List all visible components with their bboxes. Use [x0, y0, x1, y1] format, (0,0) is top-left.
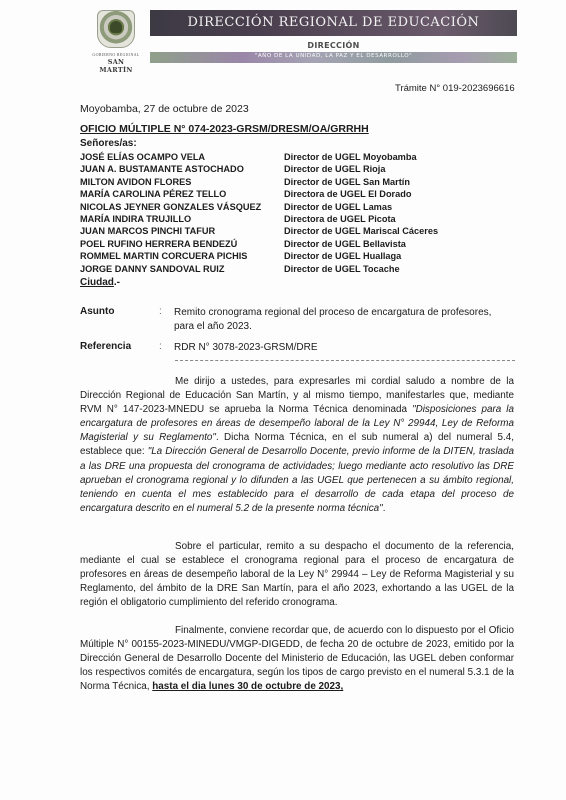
asunto-colon: :: [159, 306, 174, 334]
regional-logo: GOBIERNO REGIONAL SAN MARTÍN: [90, 10, 142, 66]
referencia-row: Referencia : RDR N° 3078-2023-GRSM/DRE: [80, 341, 514, 355]
recipient-name: JUAN MARCOS PINCHI TAFUR: [80, 226, 284, 238]
asunto-row: Asunto : Remito cronograma regional del …: [80, 306, 514, 334]
recipient-role: Director de UGEL Tocache: [284, 264, 400, 276]
regional-emblem-icon: [97, 10, 135, 48]
city-line: Ciudad.-: [80, 277, 120, 288]
recipient-name: JUAN A. BUSTAMANTE ASTOCHADO: [80, 164, 284, 176]
recipient-role: Directora de UGEL Picota: [284, 214, 396, 226]
recipient-row: MARÍA INDIRA TRUJILLODirectora de UGEL P…: [80, 214, 480, 226]
deadline-emphasis: hasta el dia lunes 30 de octubre de 2023…: [152, 681, 343, 692]
document-page: GOBIERNO REGIONAL SAN MARTÍN DIRECCIÓN R…: [0, 0, 566, 800]
recipient-row: POEL RUFINO HERRERA BENDEZÚDirector de U…: [80, 239, 480, 251]
header-motto-band: "AÑO DE LA UNIDAD, LA PAZ Y EL DESARROLL…: [150, 52, 517, 63]
recipient-row: MILTON AVIDON FLORESDirector de UGEL San…: [80, 177, 480, 189]
year-motto: "AÑO DE LA UNIDAD, LA PAZ Y EL DESARROLL…: [150, 53, 517, 59]
recipient-role: Director de UGEL Huallaga: [284, 251, 401, 263]
recipient-name: ROMMEL MARTIN CORCUERA PICHIS: [80, 251, 284, 263]
asunto-label: Asunto: [80, 306, 159, 334]
recipient-name: JORGE DANNY SANDOVAL RUIZ: [80, 264, 284, 276]
recipient-row: JOSÉ ELÍAS OCAMPO VELADirector de UGEL M…: [80, 152, 480, 164]
referencia-label: Referencia: [80, 341, 159, 355]
city-suffix: .-: [114, 277, 120, 288]
recipient-role: Directora de UGEL El Dorado: [284, 189, 411, 201]
recipient-name: MARÍA INDIRA TRUJILLO: [80, 214, 284, 226]
recipient-name: NICOLAS JEYNER GONZALES VÁSQUEZ: [80, 202, 284, 214]
header-title-band: DIRECCIÓN REGIONAL DE EDUCACIÓN: [150, 10, 517, 36]
recipient-row: ROMMEL MARTIN CORCUERA PICHISDirector de…: [80, 251, 480, 263]
recipient-row: JORGE DANNY SANDOVAL RUIZDirector de UGE…: [80, 264, 480, 276]
recipient-row: JUAN A. BUSTAMANTE ASTOCHADODirector de …: [80, 164, 480, 176]
asunto-value: Remito cronograma regional del proceso d…: [174, 306, 514, 334]
oficio-title: OFICIO MÚLTIPLE N° 074-2023-GRSM/DRESM/O…: [80, 123, 369, 135]
paragraph-1-end: .: [383, 503, 386, 514]
recipient-row: JUAN MARCOS PINCHI TAFURDirector de UGEL…: [80, 226, 480, 238]
referencia-value: RDR N° 3078-2023-GRSM/DRE: [174, 341, 514, 355]
recipient-row: MARÍA CAROLINA PÉREZ TELLODirectora de U…: [80, 189, 480, 201]
recipient-role: Director de UGEL Bellavista: [284, 239, 406, 251]
recipient-role: Director de UGEL Rioja: [284, 164, 385, 176]
referencia-colon: :: [159, 341, 174, 355]
paragraph-3: Finalmente, conviene recordar que, de ac…: [80, 624, 514, 694]
recipient-name: POEL RUFINO HERRERA BENDEZÚ: [80, 239, 284, 251]
recipients-list: JOSÉ ELÍAS OCAMPO VELADirector de UGEL M…: [80, 152, 480, 276]
recipient-role: Director de UGEL Mariscal Cáceres: [284, 226, 438, 238]
recipient-name: JOSÉ ELÍAS OCAMPO VELA: [80, 152, 284, 164]
recipient-name: MARÍA CAROLINA PÉREZ TELLO: [80, 189, 284, 201]
tramite-number: Trámite N° 019-2023696616: [395, 83, 515, 94]
paragraph-2: Sobre el particular, remito a su despach…: [80, 540, 514, 610]
recipient-name: MILTON AVIDON FLORES: [80, 177, 284, 189]
logo-subtitle: GOBIERNO REGIONAL: [90, 52, 142, 57]
salutation: Señores/as:: [80, 138, 137, 149]
office-label: DIRECCIÓN: [150, 41, 517, 50]
separator-line: [175, 360, 515, 361]
recipient-role: Director de UGEL Moyobamba: [284, 152, 417, 164]
date-line: Moyobamba, 27 de octubre de 2023: [80, 103, 249, 115]
institution-title: DIRECCIÓN REGIONAL DE EDUCACIÓN: [150, 15, 517, 30]
city-label: Ciudad: [80, 277, 114, 288]
recipient-role: Director de UGEL Lamas: [284, 202, 392, 214]
paragraph-2-text: Sobre el particular, remito a su despach…: [80, 541, 514, 608]
recipient-role: Director de UGEL San Martín: [284, 177, 410, 189]
recipient-row: NICOLAS JEYNER GONZALES VÁSQUEZDirector …: [80, 202, 480, 214]
logo-name: SAN MARTÍN: [90, 58, 142, 74]
paragraph-1: Me dirijo a ustedes, para expresarles mi…: [80, 375, 514, 516]
